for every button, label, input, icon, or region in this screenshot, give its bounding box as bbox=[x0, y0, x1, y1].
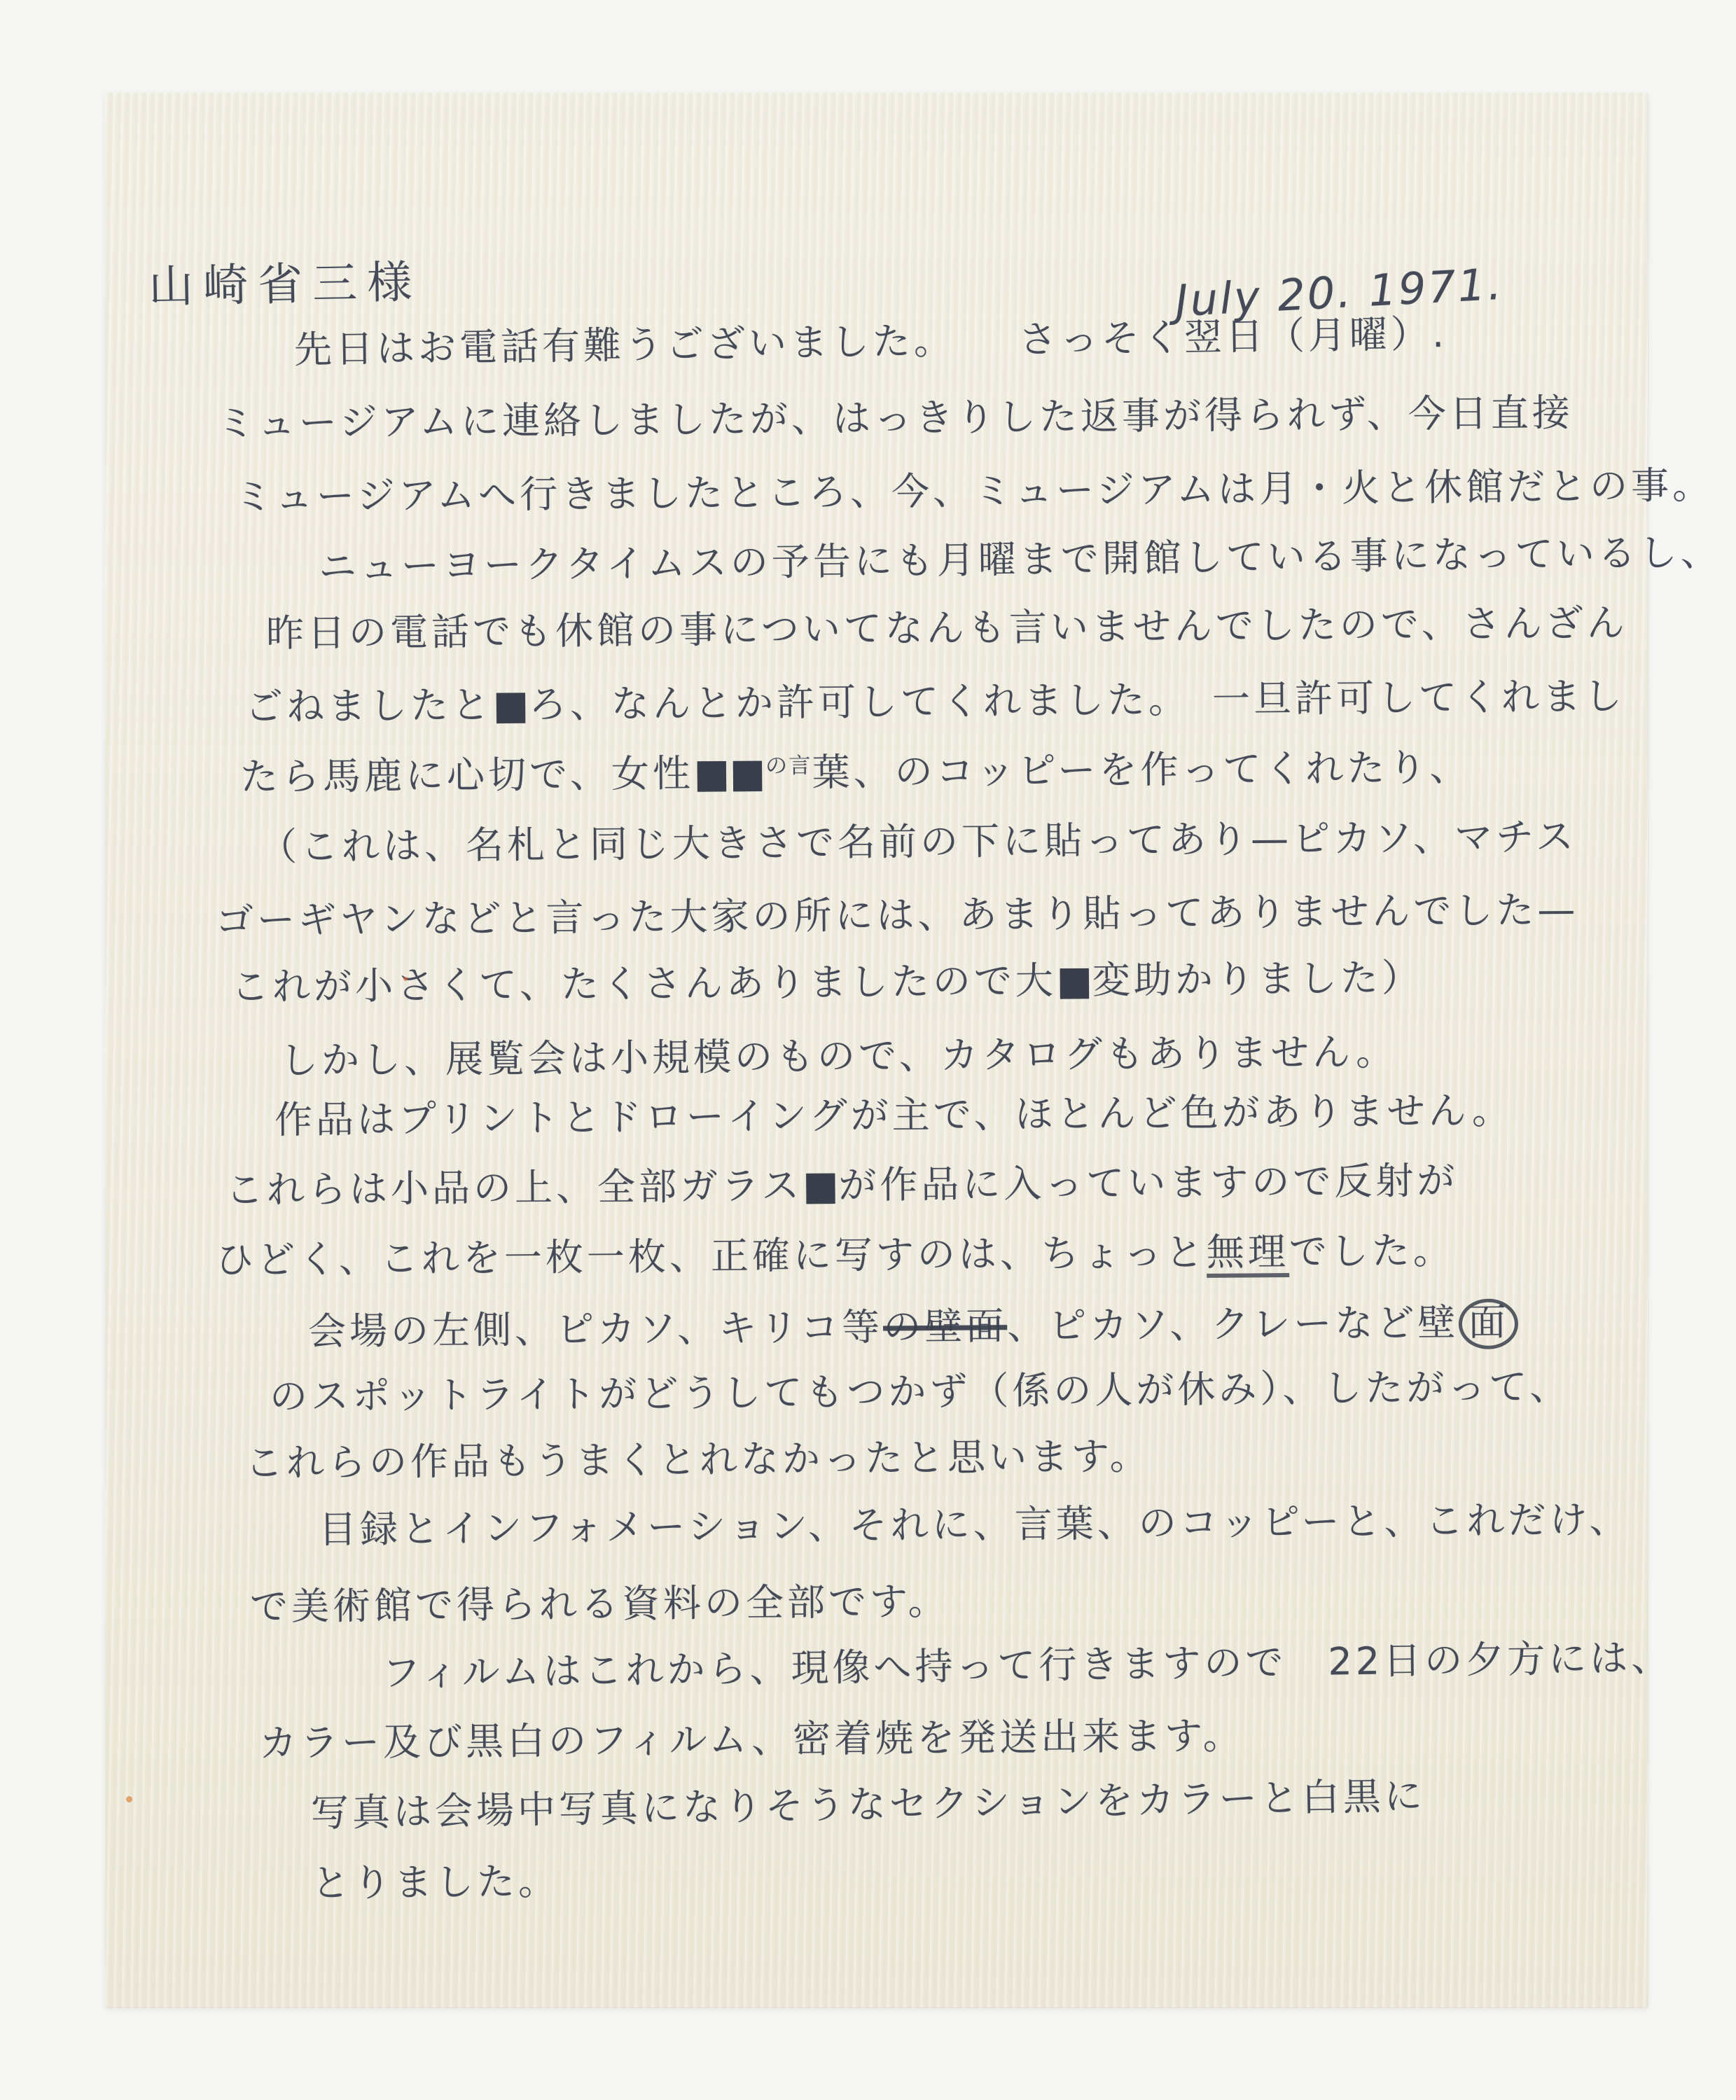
letter-line: ゴーギヤンなどと言った大家の所には、あまり貼ってありませんでした— bbox=[216, 891, 1579, 940]
letter-line-segment: ニューヨークタイムスの予告にも月曜まで開館している事になっているし、 bbox=[319, 534, 1722, 586]
letter-line-segment: これらの作品もうまくとれなかったと思います。 bbox=[245, 1438, 1151, 1482]
letter-line: フィルムはこれから、現像へ持って行きますので 22日の夕方には、 bbox=[382, 1639, 1673, 1692]
letter-line-segment: 、ピカソ、クレーなど壁 bbox=[1007, 1304, 1459, 1345]
paper-speck bbox=[126, 1796, 132, 1802]
letter-line: カラー及び黒白のフィルム、密着焼を発送出来ます。 bbox=[259, 1717, 1244, 1762]
letter-line-segment: ミュージアムへ行きましたところ、今、ミュージアムは月・火と休館だとの事。 bbox=[235, 466, 1714, 516]
letter-line-segment: ゴーギヤンなどと言った大家の所には、あまり貼ってありませんでした— bbox=[216, 891, 1579, 940]
letter-line: これらは小品の上、全部ガラス■が作品に入っていますので反射が bbox=[225, 1162, 1459, 1209]
underlined-word: 無理 bbox=[1207, 1233, 1289, 1278]
letter-line: これらの作品もうまくとれなかったと思います。 bbox=[245, 1438, 1151, 1482]
letter-line-segment: ろ、なんとか許可してくれました。 一旦許可してくれまし bbox=[529, 678, 1625, 724]
letter-line: で美術館で得られる資料の全部です。 bbox=[250, 1583, 950, 1626]
letter-line: しかし、展覧会は小規模のもので、カタログもありません。 bbox=[280, 1033, 1398, 1080]
inserted-correction: の言 bbox=[765, 755, 812, 777]
letter-line: ニューヨークタイムスの予告にも月曜まで開館している事になっているし、 bbox=[319, 534, 1722, 586]
letter-line-segment: で美術館で得られる資料の全部です。 bbox=[250, 1583, 950, 1626]
ink-blot: ■ bbox=[1057, 961, 1092, 1001]
letter-line-segment: 先日はお電話有難うございました。 さっそく翌日（月曜）. bbox=[294, 315, 1448, 369]
letter-line: ごねましたと■ろ、なんとか許可してくれました。 一旦許可してくれまし bbox=[245, 678, 1625, 726]
letter-line: 会場の左側、ピカソ、キリコ等の壁面、ピカソ、クレーなど壁面 bbox=[308, 1298, 1519, 1358]
ink-blot: ■ bbox=[493, 685, 529, 725]
letter-line: （これは、名札と同じ大きさで名前の下に貼ってあり—ピカソ、マチス bbox=[259, 818, 1577, 866]
paper-speck bbox=[403, 977, 408, 981]
letter-line-segment: カラー及び黒白のフィルム、密着焼を発送出来ます。 bbox=[259, 1717, 1244, 1762]
letter-line-segment: 写真は会場中写真になりそうなセクションをカラーと白黒に bbox=[311, 1777, 1426, 1833]
letter-line: これが小さくて、たくさんありましたので大■変助かりました） bbox=[231, 959, 1423, 1006]
letter-line: とりました。 bbox=[312, 1863, 560, 1903]
letter-line-segment: でした。 bbox=[1289, 1232, 1454, 1271]
letter-line-segment: とりました。 bbox=[312, 1863, 560, 1903]
letter-line-segment: が作品に入っていますので反射が bbox=[838, 1162, 1458, 1204]
letter-line: たら馬鹿に心切で、女性■■の言葉、のコッピーを作ってくれたり、 bbox=[240, 749, 1471, 796]
letter-line-segment: ミュージアムに連絡しましたが、はっきりした返事が得られず、今日直接 bbox=[217, 394, 1574, 443]
letter-line: ミュージアムへ行きましたところ、今、ミュージアムは月・火と休館だとの事。 bbox=[235, 466, 1714, 516]
letter-line: 先日はお電話有難うございました。 さっそく翌日（月曜）. bbox=[294, 315, 1448, 369]
ink-blot: ■ bbox=[803, 1166, 838, 1206]
struck-out-text: の壁面 bbox=[883, 1307, 1007, 1346]
letter-line-segment: 作品はプリントとドローイングが主で、ほとんど色がありません。 bbox=[275, 1092, 1513, 1139]
ink-blot: ■■ bbox=[694, 753, 765, 793]
circled-character: 面 bbox=[1459, 1298, 1519, 1349]
letter-line: 目録とインフォメーション、それに、言葉、のコッピーと、これだけ、 bbox=[319, 1501, 1631, 1549]
scan-background: 山崎省三様 July 20. 1971. 先日はお電話有難うございました。 さっ… bbox=[0, 0, 1736, 2100]
recipient-name: 山崎省三様 bbox=[148, 246, 422, 316]
letter-line-segment: 会場の左側、ピカソ、キリコ等 bbox=[308, 1309, 884, 1351]
letter-line-segment: しかし、展覧会は小規模のもので、カタログもありません。 bbox=[280, 1033, 1398, 1080]
letter-line-segment: 変助かりました） bbox=[1092, 959, 1423, 1000]
letter-line-segment: （これは、名札と同じ大きさで名前の下に貼ってあり—ピカソ、マチス bbox=[259, 818, 1577, 866]
letter-line-segment: ひどく、これを一枚一枚、正確に写すのは、ちょっと bbox=[216, 1234, 1207, 1279]
letter-line: 昨日の電話でも休館の事についてなんも言いませんでしたので、さんざん bbox=[266, 604, 1628, 653]
letter-line: のスポットライトがどうしてもつかず（係の人が休み）、したがって、 bbox=[270, 1368, 1571, 1416]
letter-line-segment: 目録とインフォメーション、それに、言葉、のコッピーと、これだけ、 bbox=[319, 1501, 1631, 1549]
letter-line-segment: 昨日の電話でも休館の事についてなんも言いませんでしたので、さんざん bbox=[266, 604, 1628, 653]
letter-line-segment: ごねましたと bbox=[245, 686, 493, 726]
letter-line-segment: たら馬鹿に心切で、女性 bbox=[240, 755, 694, 796]
letter-line-segment: フィルムはこれから、現像へ持って行きますので 22日の夕方には、 bbox=[382, 1639, 1673, 1692]
letter-line-segment: 葉、のコッピーを作ってくれたり、 bbox=[812, 749, 1471, 791]
letter-line: 作品はプリントとドローイングが主で、ほとんど色がありません。 bbox=[275, 1092, 1513, 1139]
letter-line: ミュージアムに連絡しましたが、はっきりした返事が得られず、今日直接 bbox=[217, 394, 1574, 443]
letter-line-segment: これらは小品の上、全部ガラス bbox=[225, 1167, 803, 1209]
letter-line: ひどく、これを一枚一枚、正確に写すのは、ちょっと無理でした。 bbox=[216, 1232, 1454, 1286]
letter-paper: 山崎省三様 July 20. 1971. 先日はお電話有難うございました。 さっ… bbox=[105, 93, 1648, 2008]
letter-line-segment: これが小さくて、たくさんありましたので大 bbox=[231, 962, 1057, 1006]
letter-line-segment: のスポットライトがどうしてもつかず（係の人が休み）、したがって、 bbox=[270, 1368, 1571, 1416]
letter-line: 写真は会場中写真になりそうなセクションをカラーと白黒に bbox=[311, 1777, 1426, 1833]
